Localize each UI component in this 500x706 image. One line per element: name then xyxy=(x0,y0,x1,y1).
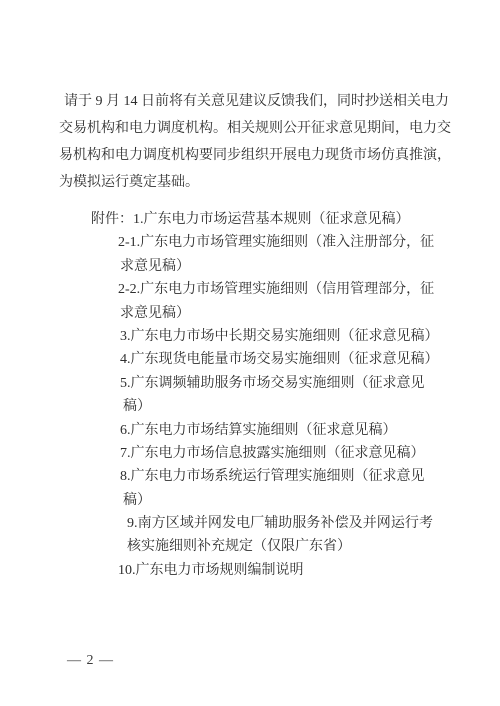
attachment-section: 附件：1.广东电力市场运营基本规则（征求意见稿） 2-1.广东电力市场管理实施细… xyxy=(118,208,433,582)
attachment-line: 求意见稿） xyxy=(118,302,433,325)
paragraph-line: 请于 9 月 14 日前将有关意见建议反馈我们，同时抄送相关电力 xyxy=(59,88,433,115)
attachment-line: 3.广东电力市场中长期交易实施细则（征求意见稿） xyxy=(118,325,433,348)
attachment-line: 5.广东调频辅助服务市场交易实施细则（征求意见 xyxy=(118,372,433,395)
attachment-line: 7.广东电力市场信息披露实施细则（征求意见稿） xyxy=(118,442,433,465)
attachment-line: 6.广东电力市场结算实施细则（征求意见稿） xyxy=(118,419,433,442)
attachment-line: 10.广东电力市场规则编制说明 xyxy=(118,559,433,582)
attachment-line: 2-1.广东电力市场管理实施细则（准入注册部分，征 xyxy=(118,231,433,254)
body-paragraph: 请于 9 月 14 日前将有关意见建议反馈我们，同时抄送相关电力交易机构和电力调… xyxy=(59,88,433,196)
attachment-line: 稿） xyxy=(118,395,433,418)
attachment-line: 9.南方区域并网发电厂辅助服务补偿及并网运行考 xyxy=(118,512,433,535)
paragraph-line: 交易机构和电力调度机构。相关规则公开征求意见期间，电力交 xyxy=(59,115,433,142)
attachment-line: 核实施细则补充规定（仅限广东省） xyxy=(118,535,433,558)
attachment-label: 附件： xyxy=(91,208,133,231)
paragraph-line: 易机构和电力调度机构要同步组织开展电力现货市场仿真推演， xyxy=(59,142,433,169)
paragraph-line: 为模拟运行奠定基础。 xyxy=(59,169,433,196)
attachment-line: 2-2.广东电力市场管理实施细则（信用管理部分，征 xyxy=(118,278,433,301)
attachment-lines: 2-1.广东电力市场管理实施细则（准入注册部分，征求意见稿）2-2.广东电力市场… xyxy=(118,231,433,582)
document-page: 请于 9 月 14 日前将有关意见建议反馈我们，同时抄送相关电力交易机构和电力调… xyxy=(0,0,500,706)
attachment-first-line: 附件：1.广东电力市场运营基本规则（征求意见稿） xyxy=(91,208,433,231)
attachment-line: 8.广东电力市场系统运行管理实施细则（征求意见 xyxy=(118,465,433,488)
attachment-line: 稿） xyxy=(118,489,433,512)
page-number: — 2 — xyxy=(67,653,114,669)
attachment-line: 求意见稿） xyxy=(118,255,433,278)
attachment-item-1: 1.广东电力市场运营基本规则（征求意见稿） xyxy=(133,212,410,227)
attachment-line: 4.广东现货电能量市场交易实施细则（征求意见稿） xyxy=(118,348,433,371)
